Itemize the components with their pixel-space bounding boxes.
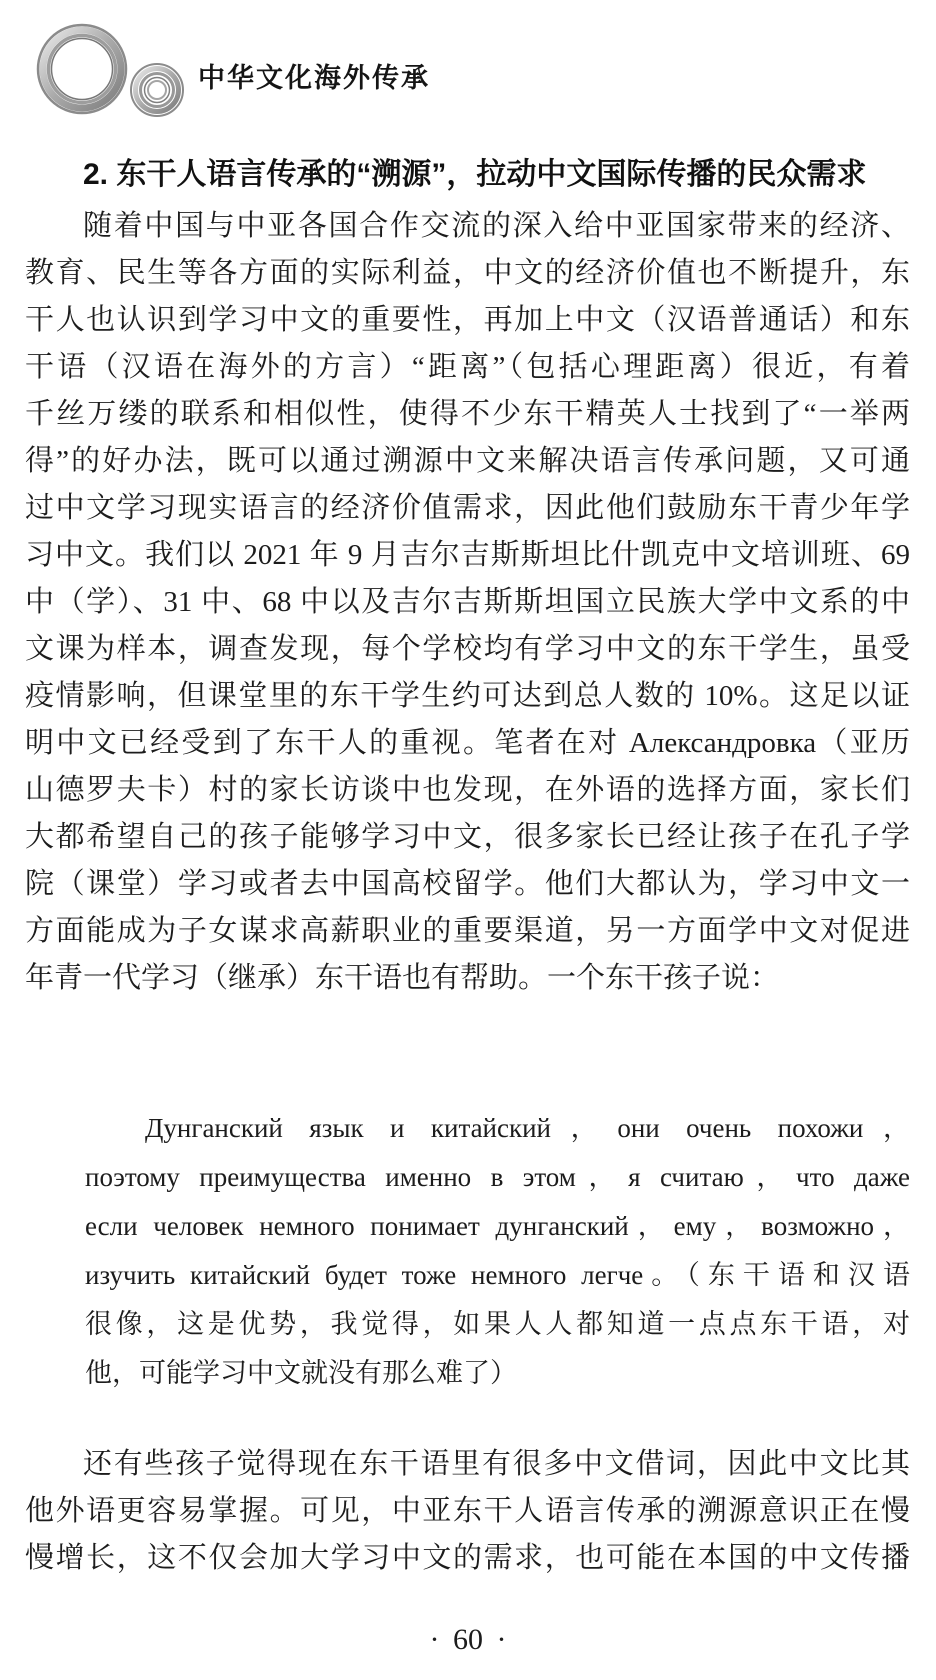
paragraph-1-lines: 随着中国与中亚各国合作交流的深入给中亚国家带来的经济、教育、民生等各方面的实际利…	[25, 203, 910, 955]
text-line: 方面能成为子女谋求高薪职业的重要渠道，另一方面学中文对促进	[25, 908, 910, 955]
text-line: 很像，这是优势，我觉得，如果人人都知道一点点东干语，对	[85, 1300, 910, 1349]
text-line: 千丝万缕的联系和相似性，使得不少东干精英人士找到了“一举两	[25, 391, 910, 438]
text-line: 山德罗夫卡）村的家长访谈中也发现，在外语的选择方面，家长们	[25, 767, 910, 814]
text-line: 得”的好办法，既可以通过溯源中文来解决语言传承问题，又可通	[25, 438, 910, 485]
text-line: 疫情影响，但课堂里的东干学生约可达到总人数的 10%。这足以证	[25, 673, 910, 720]
text-line: 年青一代学习（继承）东干语也有帮助。一个东干孩子说：	[25, 955, 910, 1002]
section-heading: 2. 东干人语言传承的“溯源”，拉动中文国际传播的民众需求	[83, 156, 936, 194]
text-line: 教育、民生等各方面的实际利益，中文的经济价值也不断提升，东	[25, 250, 910, 297]
text-line: 文课为样本，调查发现，每个学校均有学习中文的东干学生，虽受	[25, 626, 910, 673]
text-line: 慢增长，这不仅会加大学习中文的需求，也可能在本国的中文传播	[25, 1535, 910, 1582]
quote-lines: Дунганский язык и китайский，они очень по…	[85, 1104, 910, 1349]
book-page: 中华文化海外传承 2. 东干人语言传承的“溯源”，拉动中文国际传播的民众需求 随…	[0, 0, 936, 1680]
text-line: 院（课堂）学习或者去中国高校留学。他们大都认为，学习中文一	[25, 861, 910, 908]
text-line: 过中文学习现实语言的经济价值需求，因此他们鼓励东干青少年学	[25, 485, 910, 532]
text-line: 明中文已经受到了东干人的重视。笔者在对 Александровка（亚历	[25, 720, 910, 767]
page-number: · 60 ·	[0, 1622, 936, 1658]
text-line: 他外语更容易掌握。可见，中亚东干人语言传承的溯源意识正在慢	[25, 1488, 910, 1535]
text-line: 随着中国与中亚各国合作交流的深入给中亚国家带来的经济、	[25, 203, 910, 250]
text-line: 习中文。我们以 2021 年 9 月吉尔吉斯斯坦比什凯克中文培训班、69	[25, 532, 910, 579]
paragraph-1: 随着中国与中亚各国合作交流的深入给中亚国家带来的经济、教育、民生等各方面的实际利…	[25, 203, 910, 1002]
text-line: 干人也认识到学习中文的重要性，再加上中文（汉语普通话）和东	[25, 297, 910, 344]
text-line: поэтому преимущества именно в этом，я счи…	[85, 1153, 910, 1202]
paragraph-2-lines: 还有些孩子觉得现在东干语里有很多中文借词，因此中文比其他外语更容易掌握。可见，中…	[25, 1441, 910, 1582]
text-line: 还有些孩子觉得现在东干语里有很多中文借词，因此中文比其	[25, 1441, 910, 1488]
quote-block: Дунганский язык и китайский，они очень по…	[85, 1104, 910, 1398]
text-line: 干语（汉语在海外的方言）“距离”（包括心理距离）很近，有着	[25, 344, 910, 391]
text-line: Дунганский язык и китайский，они очень по…	[85, 1104, 910, 1153]
text-line: 大都希望自己的孩子能够学习中文，很多家长已经让孩子在孔子学	[25, 814, 910, 861]
paragraph-2: 还有些孩子觉得现在东干语里有很多中文借词，因此中文比其他外语更容易掌握。可见，中…	[25, 1441, 910, 1582]
text-line: изучить китайский будет тоже немного лег…	[85, 1251, 910, 1300]
text-line: 中（学）、31 中、68 中以及吉尔吉斯斯坦国立民族大学中文系的中	[25, 579, 910, 626]
page-header: 中华文化海外传承	[0, 0, 936, 120]
text-line: 他，可能学习中文就没有那么难了）	[85, 1349, 910, 1398]
book-title: 中华文化海外传承	[198, 56, 430, 95]
text-line: если человек немного понимает дунганский…	[85, 1202, 910, 1251]
rings-logo-icon	[28, 22, 188, 123]
